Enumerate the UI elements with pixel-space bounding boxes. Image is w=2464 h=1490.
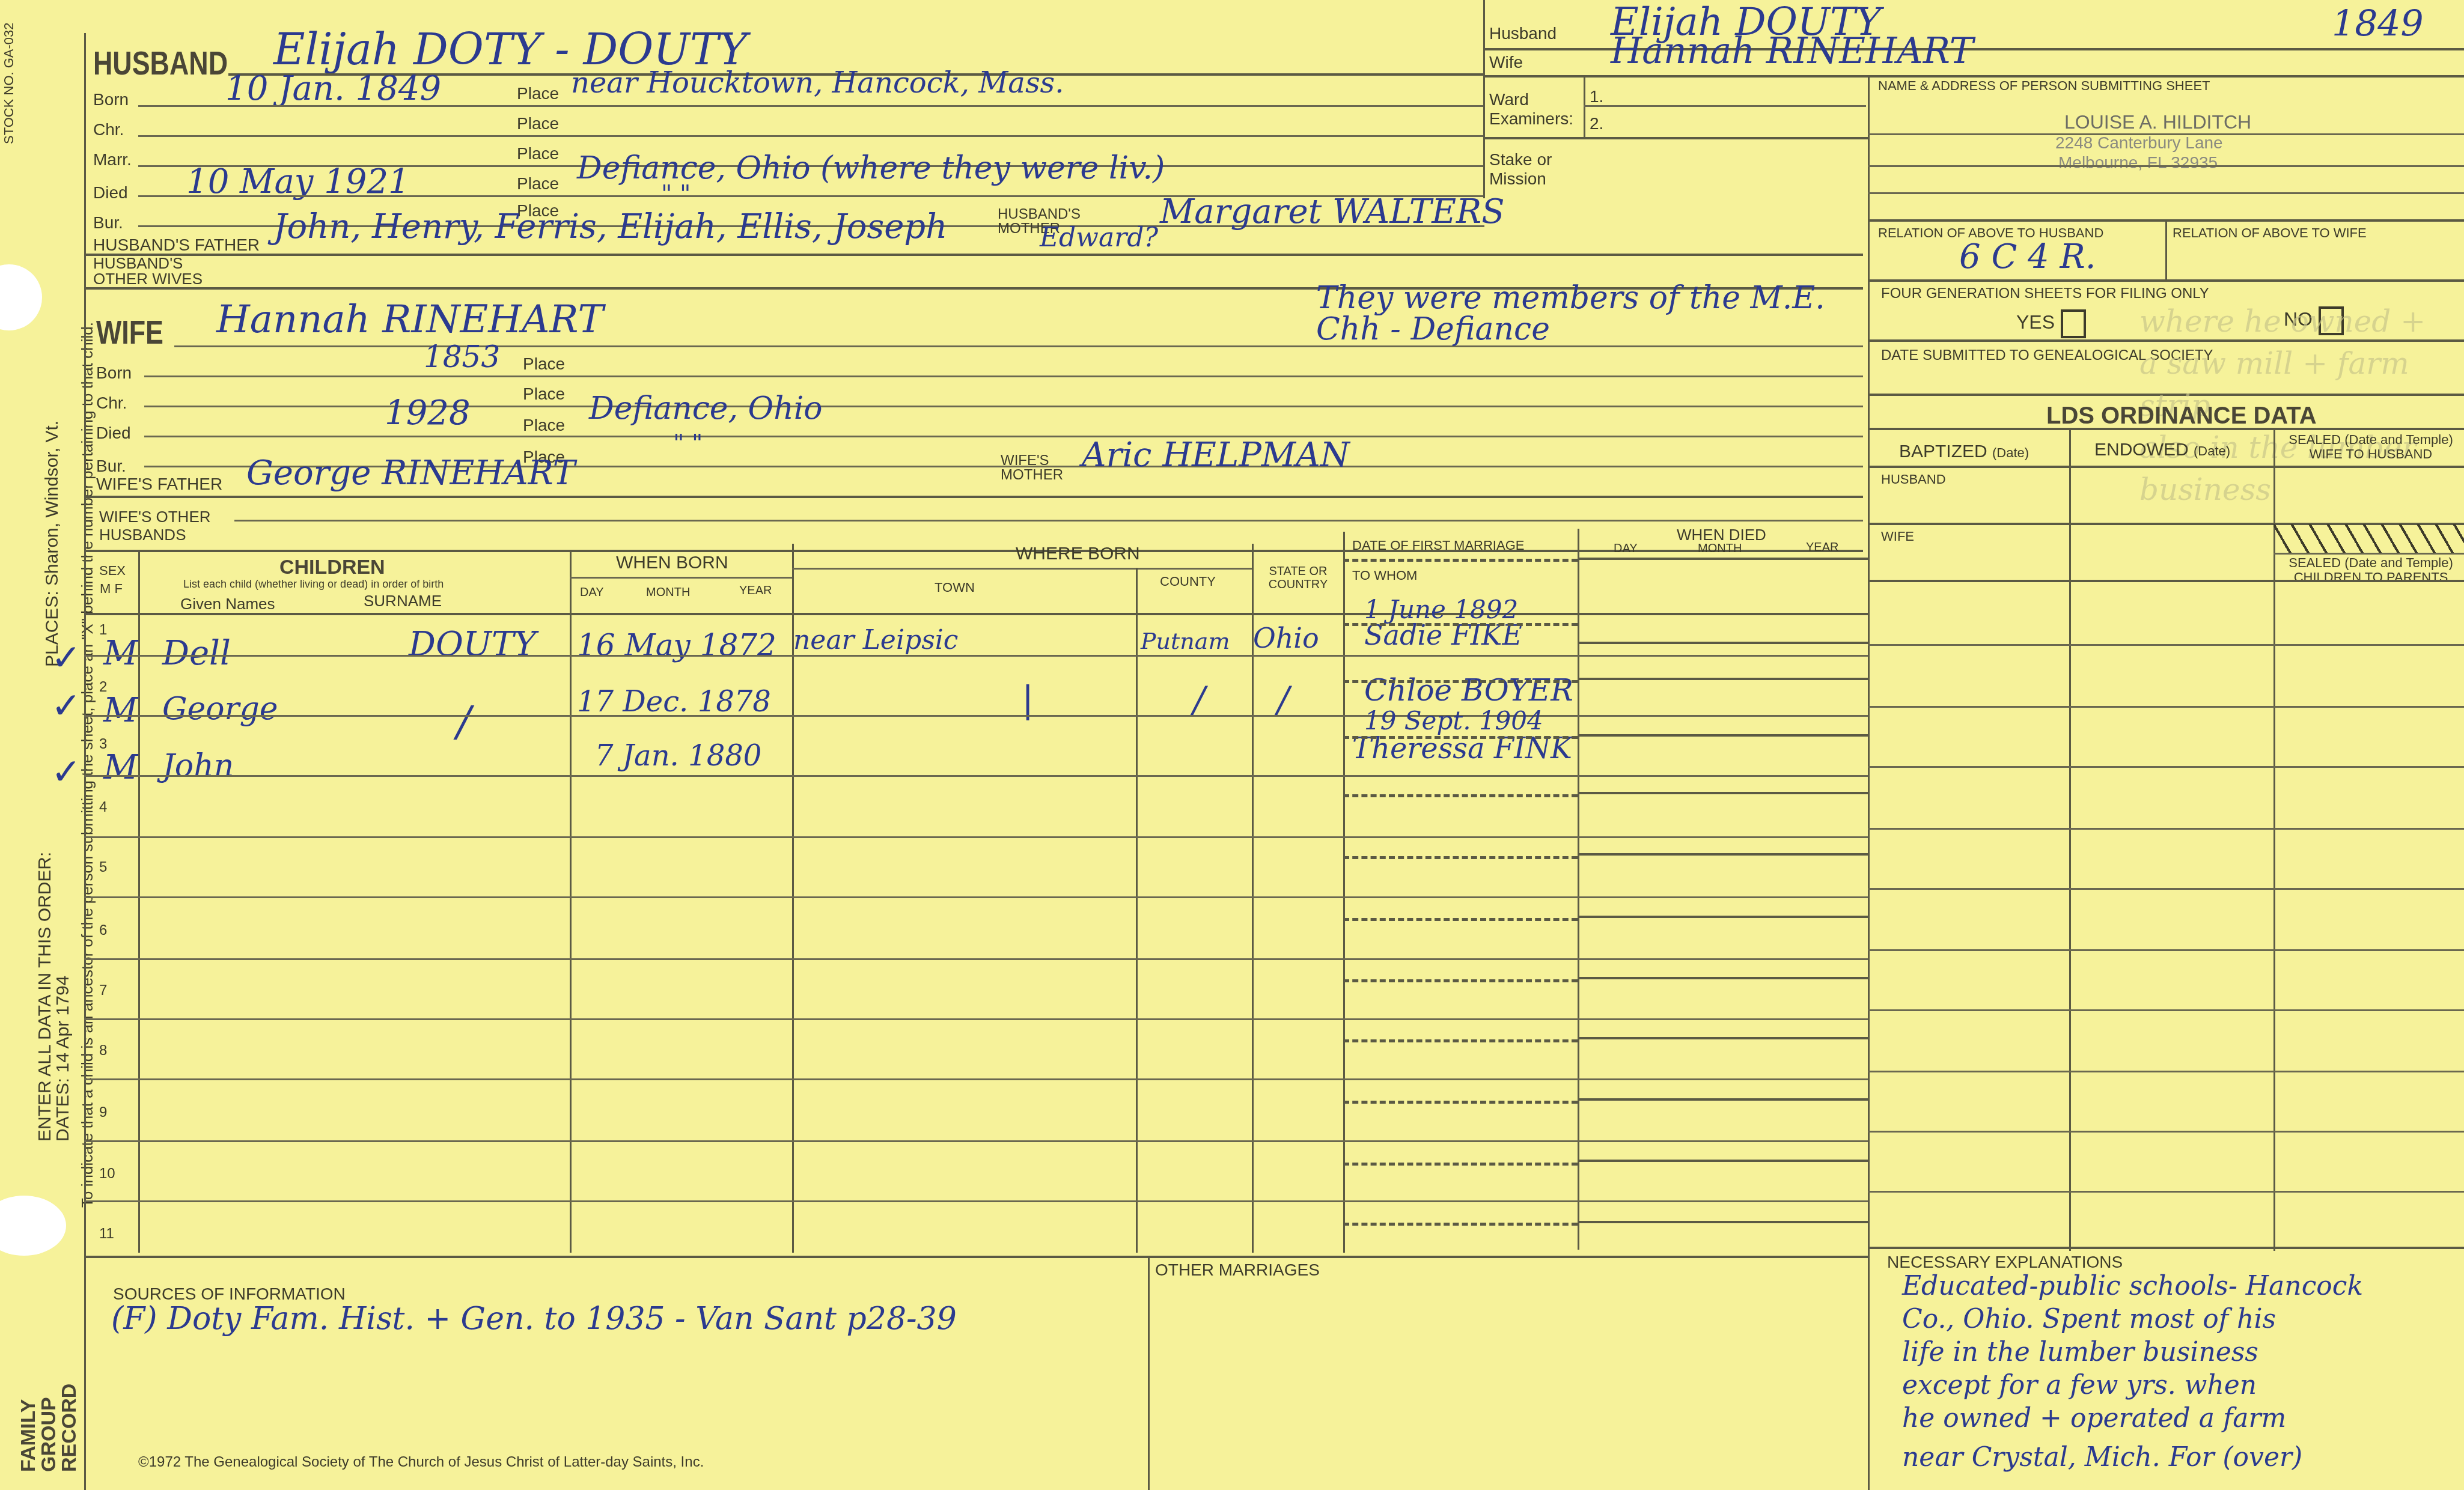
divider [144,436,1863,437]
dashed-divider [1343,856,1578,859]
row-number: 8 [99,1042,107,1059]
born-day: DAY [580,586,604,600]
yes-label: YES [2016,311,2055,333]
husband-marr-place-label: Place [517,144,559,163]
child-sex: M [103,748,138,787]
child-sex: M [103,691,138,730]
husband-label: HUSBAND [93,43,228,82]
divider [1578,916,1869,918]
date-hint: (Date) [1992,445,2029,460]
row-number: 11 [99,1226,114,1242]
examiner-2: 2. [1590,114,1603,133]
divider [792,568,1252,570]
husband-mother: Margaret WALTERS [1160,192,1505,231]
sources-text: (F) Doty Fam. Hist. + Gen. to 1935 - Van… [111,1301,957,1337]
divider [1578,1037,1869,1039]
divider [1868,133,2464,135]
died-year: YEAR [1806,541,1838,555]
child-given: Dell [162,634,231,673]
relation-husband: 6 C 4 R. [1959,237,2096,276]
divider [84,1140,1868,1142]
divider [138,105,1484,107]
divider [1578,558,1869,560]
divider [1868,580,2464,582]
surname-header: SURNAME [364,592,442,610]
submitter-name: LOUISE A. HILDITCH [2064,111,2251,133]
divider [1578,642,1869,644]
when-born-header: WHEN BORN [616,553,728,573]
husband-born-label: Born [93,90,129,109]
divider [1578,1221,1869,1223]
lds-husband-row: HUSBAND [1881,472,1946,487]
divider [1868,466,2464,468]
divider [1578,1098,1869,1101]
town-header: TOWN [935,580,975,595]
divider [1868,165,2464,167]
check-mark-icon: ✓ [51,685,81,727]
row-number: 10 [99,1166,115,1182]
lds-sealed-wife-header: SEALED (Date and Temple) WIFE TO HUSBAND [2287,433,2455,461]
divider [1868,706,2464,708]
divider [1868,1009,2464,1011]
check-mark-icon: ✓ [51,637,81,679]
lds-title: LDS ORDINANCE DATA [2046,403,2317,430]
wife-died-place-label: Place [523,416,565,435]
other-marriages-label: OTHER MARRIAGES [1155,1260,1320,1280]
divider [1578,1160,1869,1162]
places-example: PLACES: Sharon, Windsor, Vt. [42,421,63,667]
child-born: 17 Dec. 1878 [577,685,771,719]
husband-chr-place-label: Place [517,114,559,133]
husband-other-wives-label: HUSBAND'S OTHER WIVES [93,255,213,287]
submitter-street: 2248 Canterbury Lane [2055,133,2223,153]
husband-mother-note: Edward? [1040,222,1158,253]
child-born: 7 Jan. 1880 [595,739,761,773]
lds-wife-row: WIFE [1881,529,1914,544]
divider [1136,568,1138,1253]
divider [84,896,1868,898]
divider [1868,1071,2464,1072]
divider [1578,977,1869,979]
divider [1868,828,2464,830]
divider [1148,1256,1150,1490]
sex-header: SEX M F [99,562,123,598]
divider [2069,428,2071,1251]
wife-father-label: WIFE'S FATHER [96,475,222,494]
husband-bur-label: Bur. [93,213,123,233]
row-number: 9 [99,1104,107,1121]
divider [1868,1247,2464,1249]
divider [1868,1131,2464,1133]
hatched-block [2273,524,2464,553]
child-surname: / [457,697,471,746]
divider [84,836,1868,838]
divider [84,254,1863,256]
punch-hole-bottom [0,1196,66,1256]
dashed-divider [1343,1223,1578,1226]
explanation-line: near Crystal, Mich. For (over) [1902,1442,2302,1473]
dashed-divider [1343,918,1578,921]
divider [84,958,1868,960]
divider [1868,75,1870,1490]
wife-bur-label: Bur. [96,457,126,476]
child-surname: DOUTY [409,625,536,664]
dates-example: DATES: 14 Apr 1794 [53,976,73,1142]
copyright: ©1972 The Genealogical Society of The Ch… [138,1454,704,1471]
divider [84,496,1863,498]
submitter-city: Melbourne, FL 32935 [2058,153,2218,172]
wife-label: WIFE [96,312,163,351]
enter-order-instruction: ENTER ALL DATA IN THIS ORDER: [35,852,55,1142]
wife-died-place: Defiance, Ohio [589,391,823,427]
necessary-explanations-label: NECESSARY EXPLANATIONS [1887,1253,2123,1272]
wife-born-date: 1853 [424,339,500,374]
given-names-header: Given Names [180,595,275,613]
divider [84,550,1863,552]
divider [84,1256,1868,1258]
children-sub: List each child (whether living or dead)… [183,578,444,591]
relation-wife-label: RELATION OF ABOVE TO WIFE [2173,225,2367,241]
lds-baptized-header: BAPTIZED (Date) [1899,442,2029,462]
divider [1578,792,1869,794]
husband-bur-place: " " [661,180,691,208]
four-gen-yes[interactable]: YES [2016,309,2086,338]
left-border [84,33,86,1490]
wife-born-label: Born [96,363,132,383]
divider [144,376,1863,377]
punch-hole-top [0,264,42,330]
wife-died-label: Died [96,424,131,443]
stake-mission-label: Stake or Mission [1489,150,1555,189]
first-marriage-header: DATE OF FIRST MARRIAGE [1352,538,1524,553]
check-mark-icon: ✓ [51,751,81,793]
yes-checkbox[interactable] [2061,309,2086,338]
form-title: FAMILY GROUP RECORD [18,1328,79,1472]
husband-died-label: Died [93,183,128,202]
examiner-1: 1. [1590,87,1603,106]
born-month: MONTH [646,586,690,600]
dashed-divider [1343,736,1578,739]
summary-wife: Hannah RINEHART [1611,30,1974,72]
child-sex: M [103,634,138,673]
husband-died-place-label: Place [517,174,559,193]
divider [84,613,1868,615]
row-number: 4 [99,799,107,816]
divider [1578,678,1869,680]
child-spouse: Chloe BOYER [1364,673,1573,708]
row-number: 7 [99,982,107,999]
divider [1483,0,1485,198]
husband-father: John, Henry, Ferris, Elijah, Ellis, Jose… [273,207,947,246]
divider [1483,137,1868,139]
child-given: George [162,691,278,727]
dashed-divider [1343,794,1578,797]
four-gen-label: FOUR GENERATION SHEETS FOR FILING ONLY [1881,285,2209,302]
divider [84,775,1868,777]
wife-chr-label: Chr. [96,394,127,413]
divider [1343,532,1345,1253]
summary-year: 1849 [2332,3,2424,45]
children-header: CHILDREN [279,556,385,579]
wife-mother-label: WIFE'S MOTHER [1001,454,1067,482]
divider [2273,553,2464,555]
where-born-header: WHERE BORN [1016,544,1140,564]
dashed-divider [1343,680,1578,683]
husband-marr-label: Marr. [93,150,132,169]
divider [570,577,792,579]
husband-father-label: HUSBAND'S FATHER [93,236,260,255]
child-town: near Leipsic [793,625,958,655]
wife-note: They were members of the M.E. Chh - Defi… [1316,282,1857,345]
submitter-label: NAME & ADDRESS OF PERSON SUBMITTING SHEE… [1878,78,2210,94]
divider [84,655,1868,657]
lds-endowed-header: ENDOWED (Date) [2094,440,2230,460]
divider [1868,766,2464,768]
divider [1483,75,2464,78]
husband-chr-label: Chr. [93,120,124,139]
wife-mother: Aric HELPMAN [1082,436,1350,475]
summary-wife-label: Wife [1489,53,1523,72]
county-header: COUNTY [1160,574,1216,589]
child-given: John [162,748,234,784]
to-whom-header: TO WHOM [1352,568,1417,583]
divider [1578,853,1869,856]
divider [234,520,1863,521]
divider [1578,734,1869,737]
explanation-line: Educated-public schools- Hancock [1902,1271,2363,1301]
divider [84,715,1868,717]
divider [1868,949,2464,951]
state-header: STATE OR COUNTRY [1259,565,1337,591]
dashed-divider [1343,1101,1578,1104]
child-marr-date: 19 Sept. 1904 [1364,706,1543,735]
wife-father: George RINEHART [246,454,575,493]
dashed-divider [1343,1163,1578,1166]
wife-other-husbands-label: WIFE'S OTHER HUSBANDS [99,508,219,544]
born-year: YEAR [739,584,772,598]
divider [1868,1191,2464,1193]
divider [84,1200,1868,1202]
husband-born-place: near Houcktown, Hancock, Mass. [571,66,1064,100]
wife-died-date: 1928 [385,394,471,433]
summary-husband-label: Husband [1489,24,1557,43]
divider [1868,192,2464,194]
explanation-line: he owned + operated a farm [1902,1403,2286,1434]
dashed-divider [1343,1039,1578,1042]
husband-born-date: 10 Jan. 1849 [225,69,441,108]
divider [1868,279,2464,282]
husband-born-place-label: Place [517,84,559,103]
dashed-divider [1343,979,1578,982]
wife-bur-place: " " [673,430,703,457]
divider [84,1078,1868,1080]
baptized-label: BAPTIZED [1899,442,1987,461]
child-county: Putnam [1141,628,1230,654]
row-number: 6 [99,922,107,939]
wife-chr-place-label: Place [523,385,565,404]
died-day: DAY [1614,542,1638,556]
ward-examiners-label: Ward Examiners: [1489,90,1579,129]
wife-born-place-label: Place [523,354,565,374]
row-number: 5 [99,859,107,876]
wife-name: Hannah RINEHART [216,297,603,342]
child-born: 16 May 1872 [577,628,776,663]
child-state: Ohio [1253,622,1319,654]
divider [1584,105,1866,107]
died-month: MONTH [1698,542,1742,556]
dashed-divider [1343,623,1578,626]
explanation-line: life in the lumber business [1902,1337,2258,1367]
dashed-divider [1343,559,1578,562]
divider [138,135,1484,137]
explanation-line: except for a few yrs. when [1902,1370,2257,1400]
divider [2165,219,2167,279]
stock-number: STOCK NO. GA-032 [1,22,17,144]
date-hint: (Date) [2194,443,2230,458]
endowed-label: ENDOWED [2094,440,2189,460]
divider [1868,428,2464,430]
divider [84,1018,1868,1020]
explanation-line: Co., Ohio. Spent most of his [1902,1304,2276,1334]
divider [1868,888,2464,890]
divider [1868,644,2464,646]
